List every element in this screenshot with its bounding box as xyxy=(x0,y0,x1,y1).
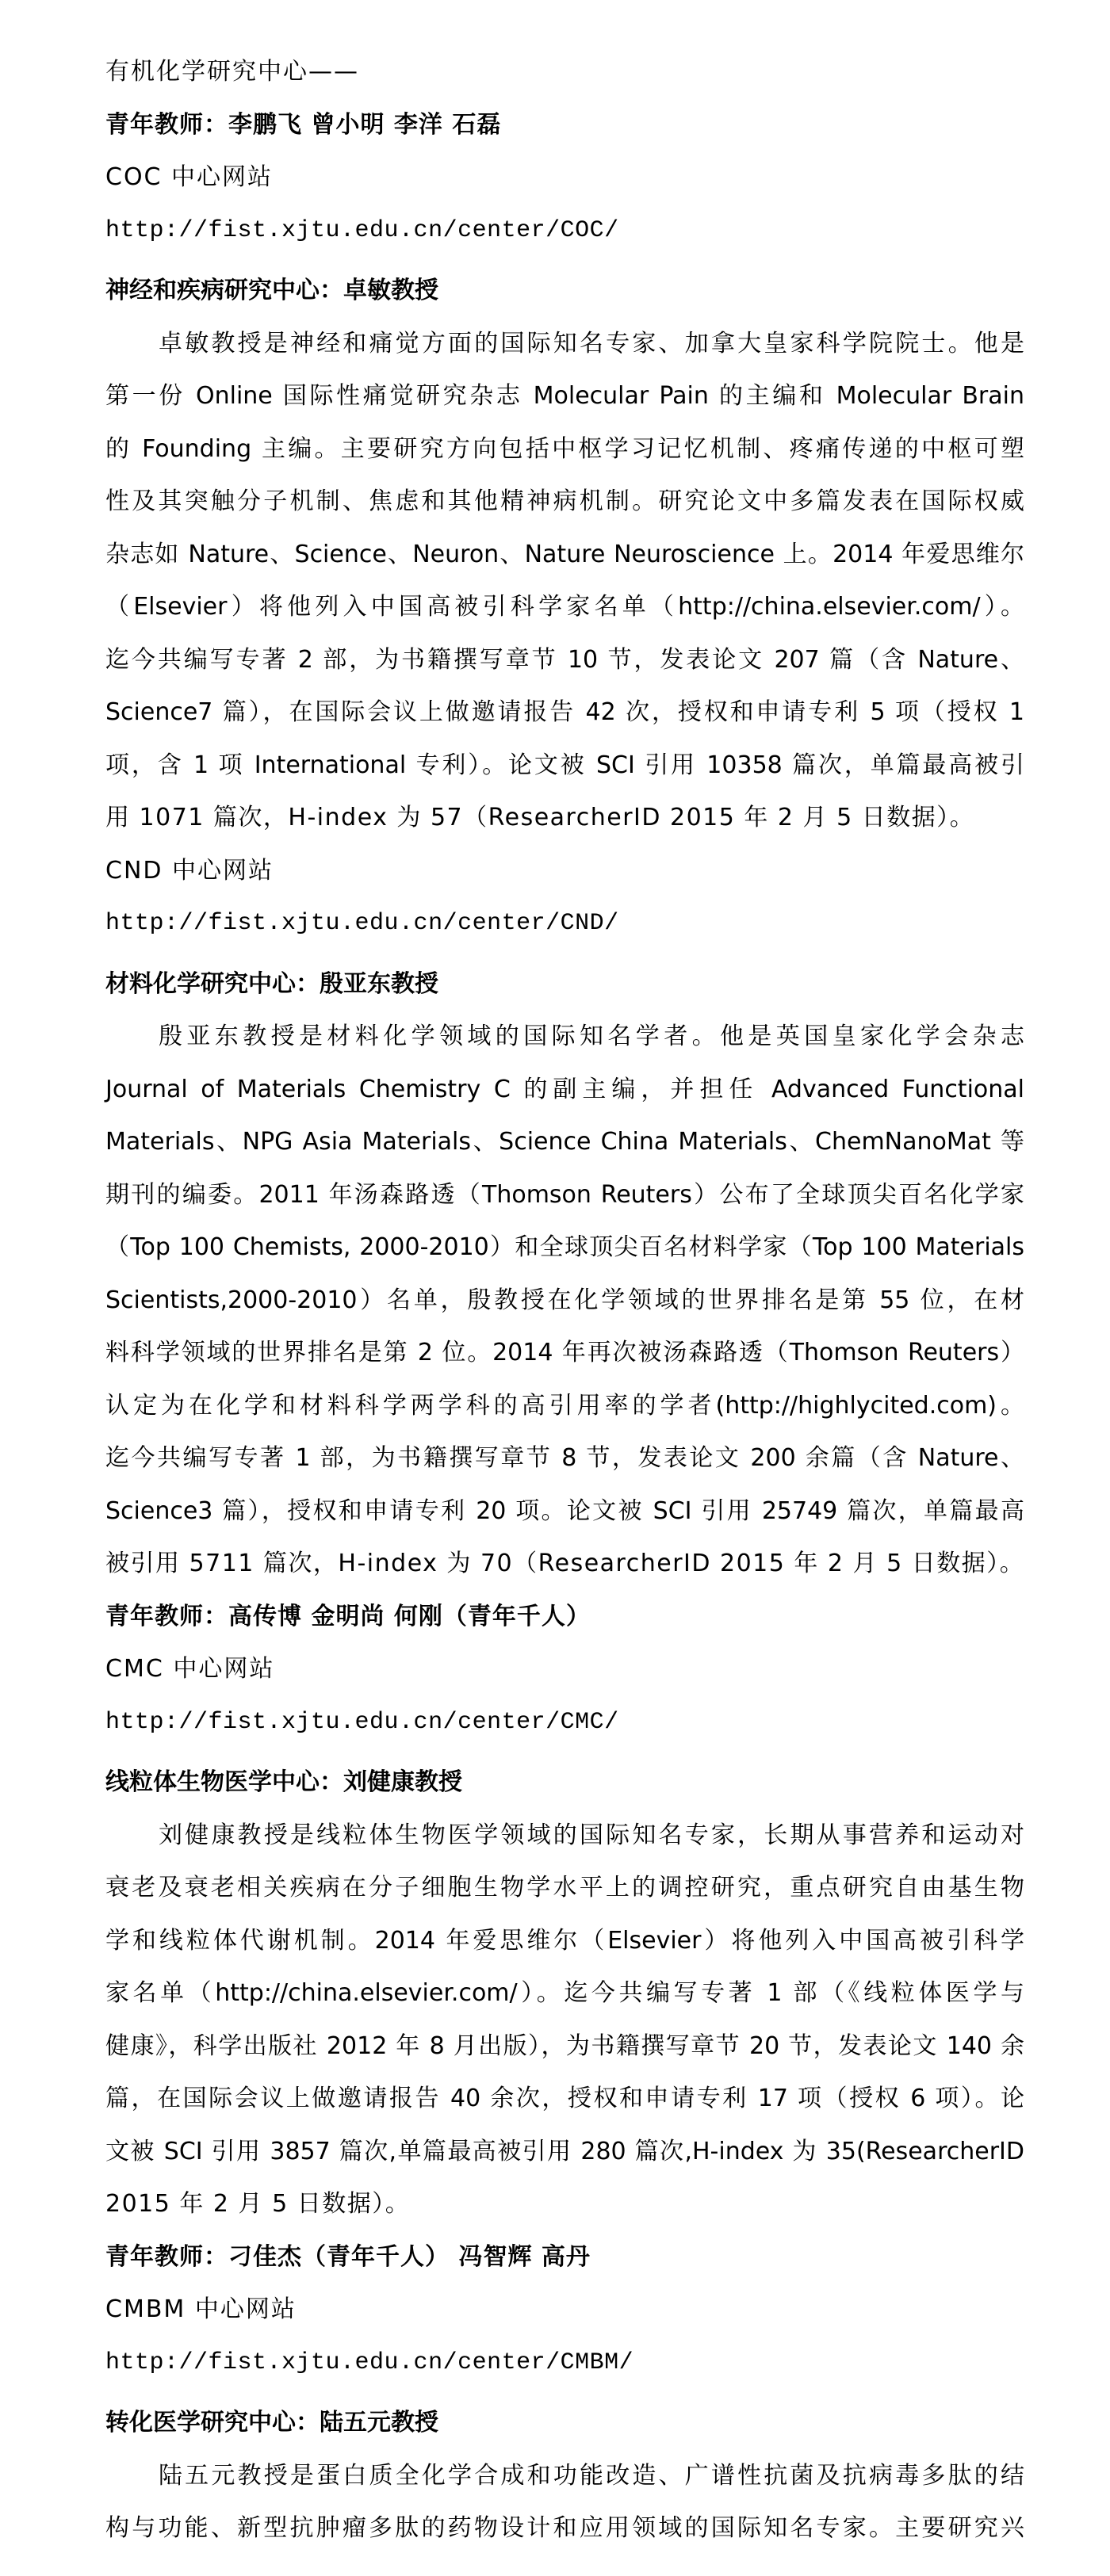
document-body: 有机化学研究中心—— 青年教师：李鹏飞 曾小明 李洋 石磊 COC 中心网站 h… xyxy=(105,46,1024,2555)
site-link-coc[interactable]: http://fist.xjtu.edu.cn/center/COC/ xyxy=(105,204,1024,258)
young-faculty-cmbm: 青年教师：刁佳杰（青年千人） 冯智辉 高丹 xyxy=(105,2231,1024,2284)
paragraph-line: 迄今共编写专著 2 部，为书籍撰写章节 10 节，发表论文 207 篇（含 Na… xyxy=(105,634,1024,687)
paragraph-line: 2015 年 2 月 5 日数据）。 xyxy=(105,2178,1024,2231)
paragraph-line: 刘健康教授是线粒体生物医学领域的国际知名专家，长期从事营养和运动对 xyxy=(105,1810,1024,1863)
paragraph-cmc: 殷亚东教授是材料化学领域的国际知名学者。他是英国皇家化学会杂志 Journal … xyxy=(105,1011,1024,1591)
site-label-coc: COC 中心网站 xyxy=(105,151,1024,204)
paragraph-line: 性及其突触分子机制、焦虑和其他精神病机制。研究论文中多篇发表在国际权威 xyxy=(105,476,1024,529)
paragraph-line: Journal of Materials Chemistry C 的副主编，并担… xyxy=(105,1064,1024,1117)
paragraph-line: 文被 SCI 引用 3857 篇次,单篇最高被引用 280 篇次,H-index… xyxy=(105,2126,1024,2179)
paragraph-line: 的 Founding 主编。主要研究方向包括中枢学习记忆机制、疼痛传递的中枢可塑 xyxy=(105,423,1024,476)
site-link-cnd[interactable]: http://fist.xjtu.edu.cn/center/CND/ xyxy=(105,897,1024,950)
paragraph-line: 家名单（http://china.elsevier.com/）。迄今共编写专著 … xyxy=(105,1967,1024,2020)
paragraph-line: 学和线粒体代谢机制。2014 年爱思维尔（Elsevier）将他列入中国高被引科… xyxy=(105,1915,1024,1968)
paragraph-line: 陆五元教授是蛋白质全化学合成和功能改造、广谱性抗菌及抗病毒多肽的结 xyxy=(105,2450,1024,2503)
paragraph-line: 用 1071 篇次，H-index 为 57（ResearcherID 2015… xyxy=(105,792,1024,845)
site-label-cnd: CND 中心网站 xyxy=(105,845,1024,898)
section-heading-cmc: 材料化学研究中心：殷亚东教授 xyxy=(105,958,1024,1011)
paragraph-line: 卓敏教授是神经和痛觉方面的国际知名专家、加拿大皇家科学院院士。他是 xyxy=(105,318,1024,371)
paragraph-cnd: 卓敏教授是神经和痛觉方面的国际知名专家、加拿大皇家科学院院士。他是 第一份 On… xyxy=(105,318,1024,845)
site-label-cmc: CMC 中心网站 xyxy=(105,1643,1024,1696)
paragraph-line: （Elsevier）将他列入中国高被引科学家名单（http://china.el… xyxy=(105,581,1024,634)
paragraph-line: 料科学领域的世界排名是第 2 位。2014 年再次被汤森路透（Thomson R… xyxy=(105,1327,1024,1380)
paragraph-line: 项，含 1 项 International 专利）。论文被 SCI 引用 103… xyxy=(105,740,1024,793)
section-intro-coc: 有机化学研究中心—— xyxy=(105,46,1024,99)
paragraph-cmbm: 刘健康教授是线粒体生物医学领域的国际知名专家，长期从事营养和运动对 衰老及衰老相… xyxy=(105,1810,1024,2231)
section-heading-cmbm: 线粒体生物医学中心：刘健康教授 xyxy=(105,1756,1024,1810)
paragraph-line: 期刊的编委。2011 年汤森路透（Thomson Reuters）公布了全球顶尖… xyxy=(105,1169,1024,1222)
paragraph-line: 迄今共编写专著 1 部，为书籍撰写章节 8 节，发表论文 200 余篇（含 Na… xyxy=(105,1432,1024,1485)
young-faculty-coc: 青年教师：李鹏飞 曾小明 李洋 石磊 xyxy=(105,99,1024,152)
paragraph-translational: 陆五元教授是蛋白质全化学合成和功能改造、广谱性抗菌及抗病毒多肽的结 构与功能、新… xyxy=(105,2450,1024,2555)
site-label-cmbm: CMBM 中心网站 xyxy=(105,2284,1024,2337)
paragraph-line: 殷亚东教授是材料化学领域的国际知名学者。他是英国皇家化学会杂志 xyxy=(105,1011,1024,1064)
site-link-cmc[interactable]: http://fist.xjtu.edu.cn/center/CMC/ xyxy=(105,1696,1024,1749)
paragraph-line: 构与功能、新型抗肿瘤多肽的药物设计和应用领域的国际知名专家。主要研究兴 xyxy=(105,2502,1024,2555)
young-faculty-cmc: 青年教师：高传博 金明尚 何刚（青年千人） xyxy=(105,1591,1024,1644)
section-heading-cnd: 神经和疾病研究中心：卓敏教授 xyxy=(105,265,1024,318)
paragraph-line: Materials、NPG Asia Materials、Science Chi… xyxy=(105,1116,1024,1169)
paragraph-line: 杂志如 Nature、Science、Neuron、Nature Neurosc… xyxy=(105,529,1024,582)
paragraph-line: 认定为在化学和材料科学两学科的高引用率的学者(http://highlycite… xyxy=(105,1380,1024,1433)
paragraph-line: 篇，在国际会议上做邀请报告 40 余次，授权和申请专利 17 项（授权 6 项）… xyxy=(105,2073,1024,2126)
site-link-cmbm[interactable]: http://fist.xjtu.edu.cn/center/CMBM/ xyxy=(105,2337,1024,2390)
paragraph-line: （Top 100 Chemists, 2000-2010）和全球顶尖百名材料学家… xyxy=(105,1221,1024,1275)
paragraph-line: 健康》，科学出版社 2012 年 8 月出版），为书籍撰写章节 20 节，发表论… xyxy=(105,2020,1024,2073)
paragraph-line: 衰老及衰老相关疾病在分子细胞生物学水平上的调控研究，重点研究自由基生物 xyxy=(105,1862,1024,1915)
paragraph-line: Scientists,2000-2010）名单，殷教授在化学领域的世界排名是第 … xyxy=(105,1275,1024,1328)
paragraph-line: 被引用 5711 篇次，H-index 为 70（ResearcherID 20… xyxy=(105,1538,1024,1591)
paragraph-line: Science7 篇），在国际会议上做邀请报告 42 次，授权和申请专利 5 项… xyxy=(105,686,1024,740)
paragraph-line: Science3 篇），授权和申请专利 20 项。论文被 SCI 引用 2574… xyxy=(105,1485,1024,1538)
paragraph-line: 第一份 Online 国际性痛觉研究杂志 Molecular Pain 的主编和… xyxy=(105,370,1024,423)
section-heading-translational: 转化医学研究中心：陆五元教授 xyxy=(105,2397,1024,2450)
